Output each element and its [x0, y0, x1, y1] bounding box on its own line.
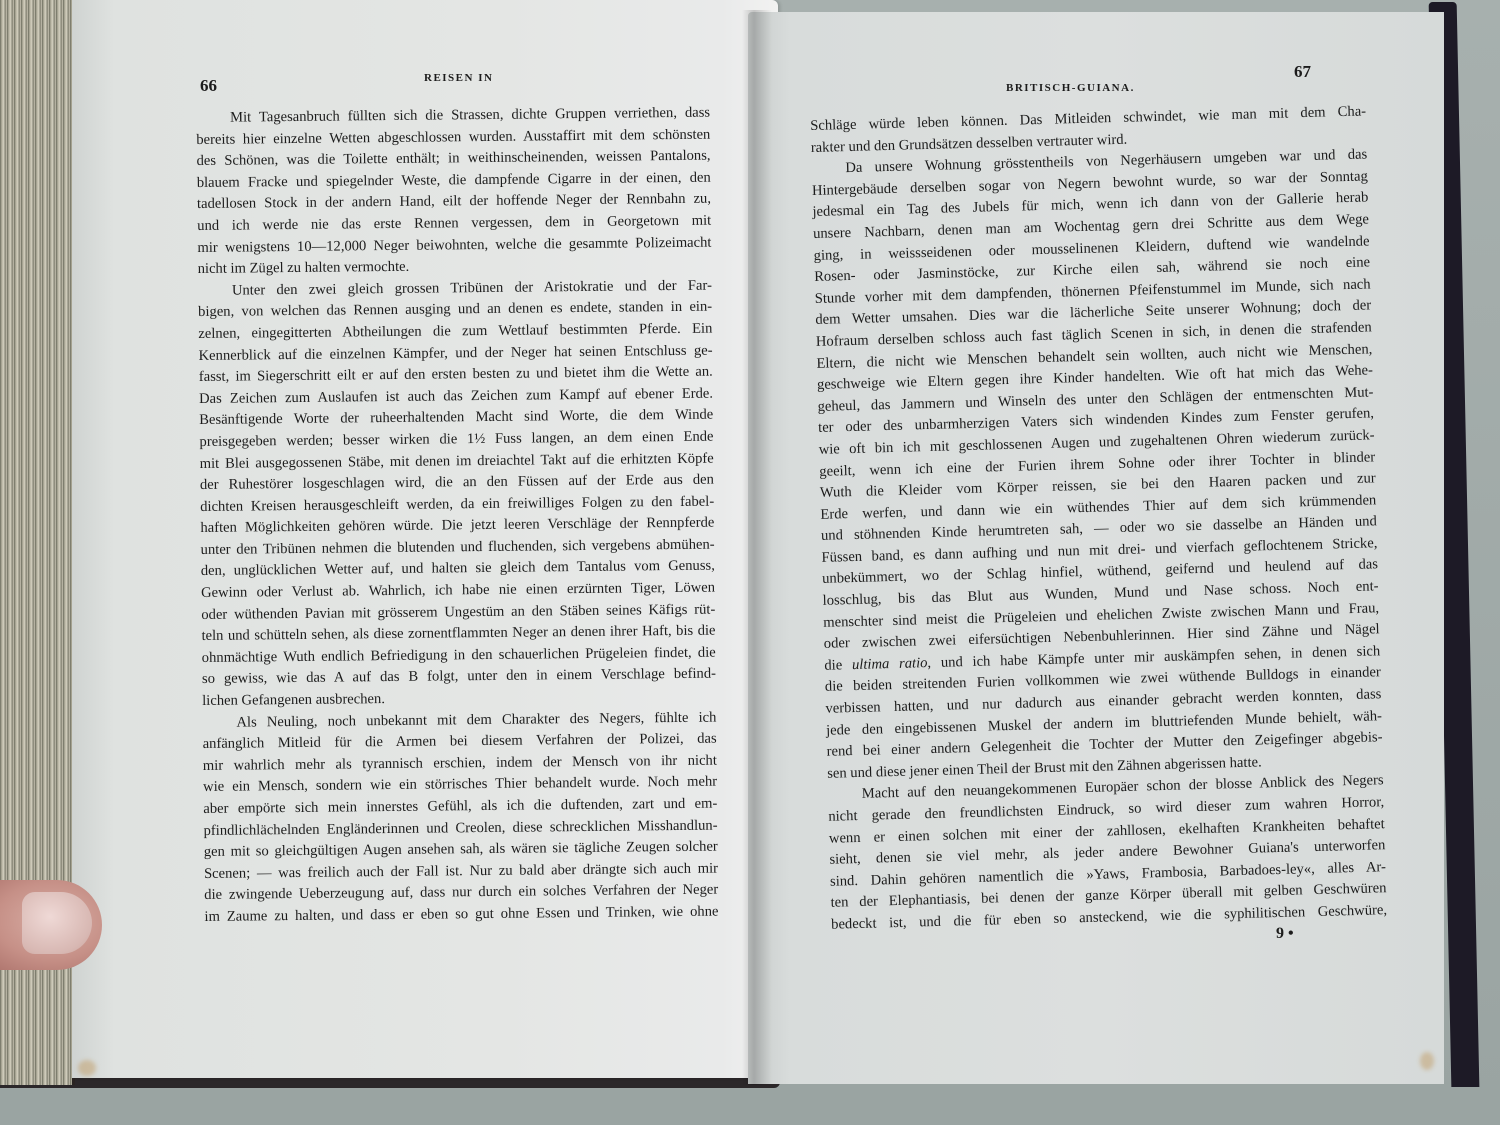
- left-page-body: Mit Tagesanbruch füllten sich die Strass…: [196, 103, 719, 929]
- right-page-body: Schläge würde leben können. Das Mitleide…: [810, 101, 1387, 936]
- left-page: 66 REISEN IN Mit Tagesanbruch füllten si…: [72, 0, 778, 1078]
- running-head-right: BRITISCH-GUIANA.: [1006, 82, 1135, 94]
- page-number-left: 66: [200, 76, 217, 96]
- page-number-right: 67: [1294, 62, 1311, 82]
- paper-stain: [78, 1060, 96, 1076]
- running-head-left: REISEN IN: [424, 72, 493, 84]
- thumbnail: [22, 892, 92, 954]
- book-gutter: [742, 10, 772, 1085]
- italic-phrase: ultima ratio: [852, 655, 928, 673]
- paper-stain: [1420, 1052, 1434, 1070]
- right-page: 67 BRITISCH-GUIANA. Schläge würde leben …: [748, 12, 1444, 1084]
- signature-mark: 9 •: [1276, 925, 1294, 943]
- text-line: im Zaume zu halten, und dass er eben so …: [204, 902, 718, 929]
